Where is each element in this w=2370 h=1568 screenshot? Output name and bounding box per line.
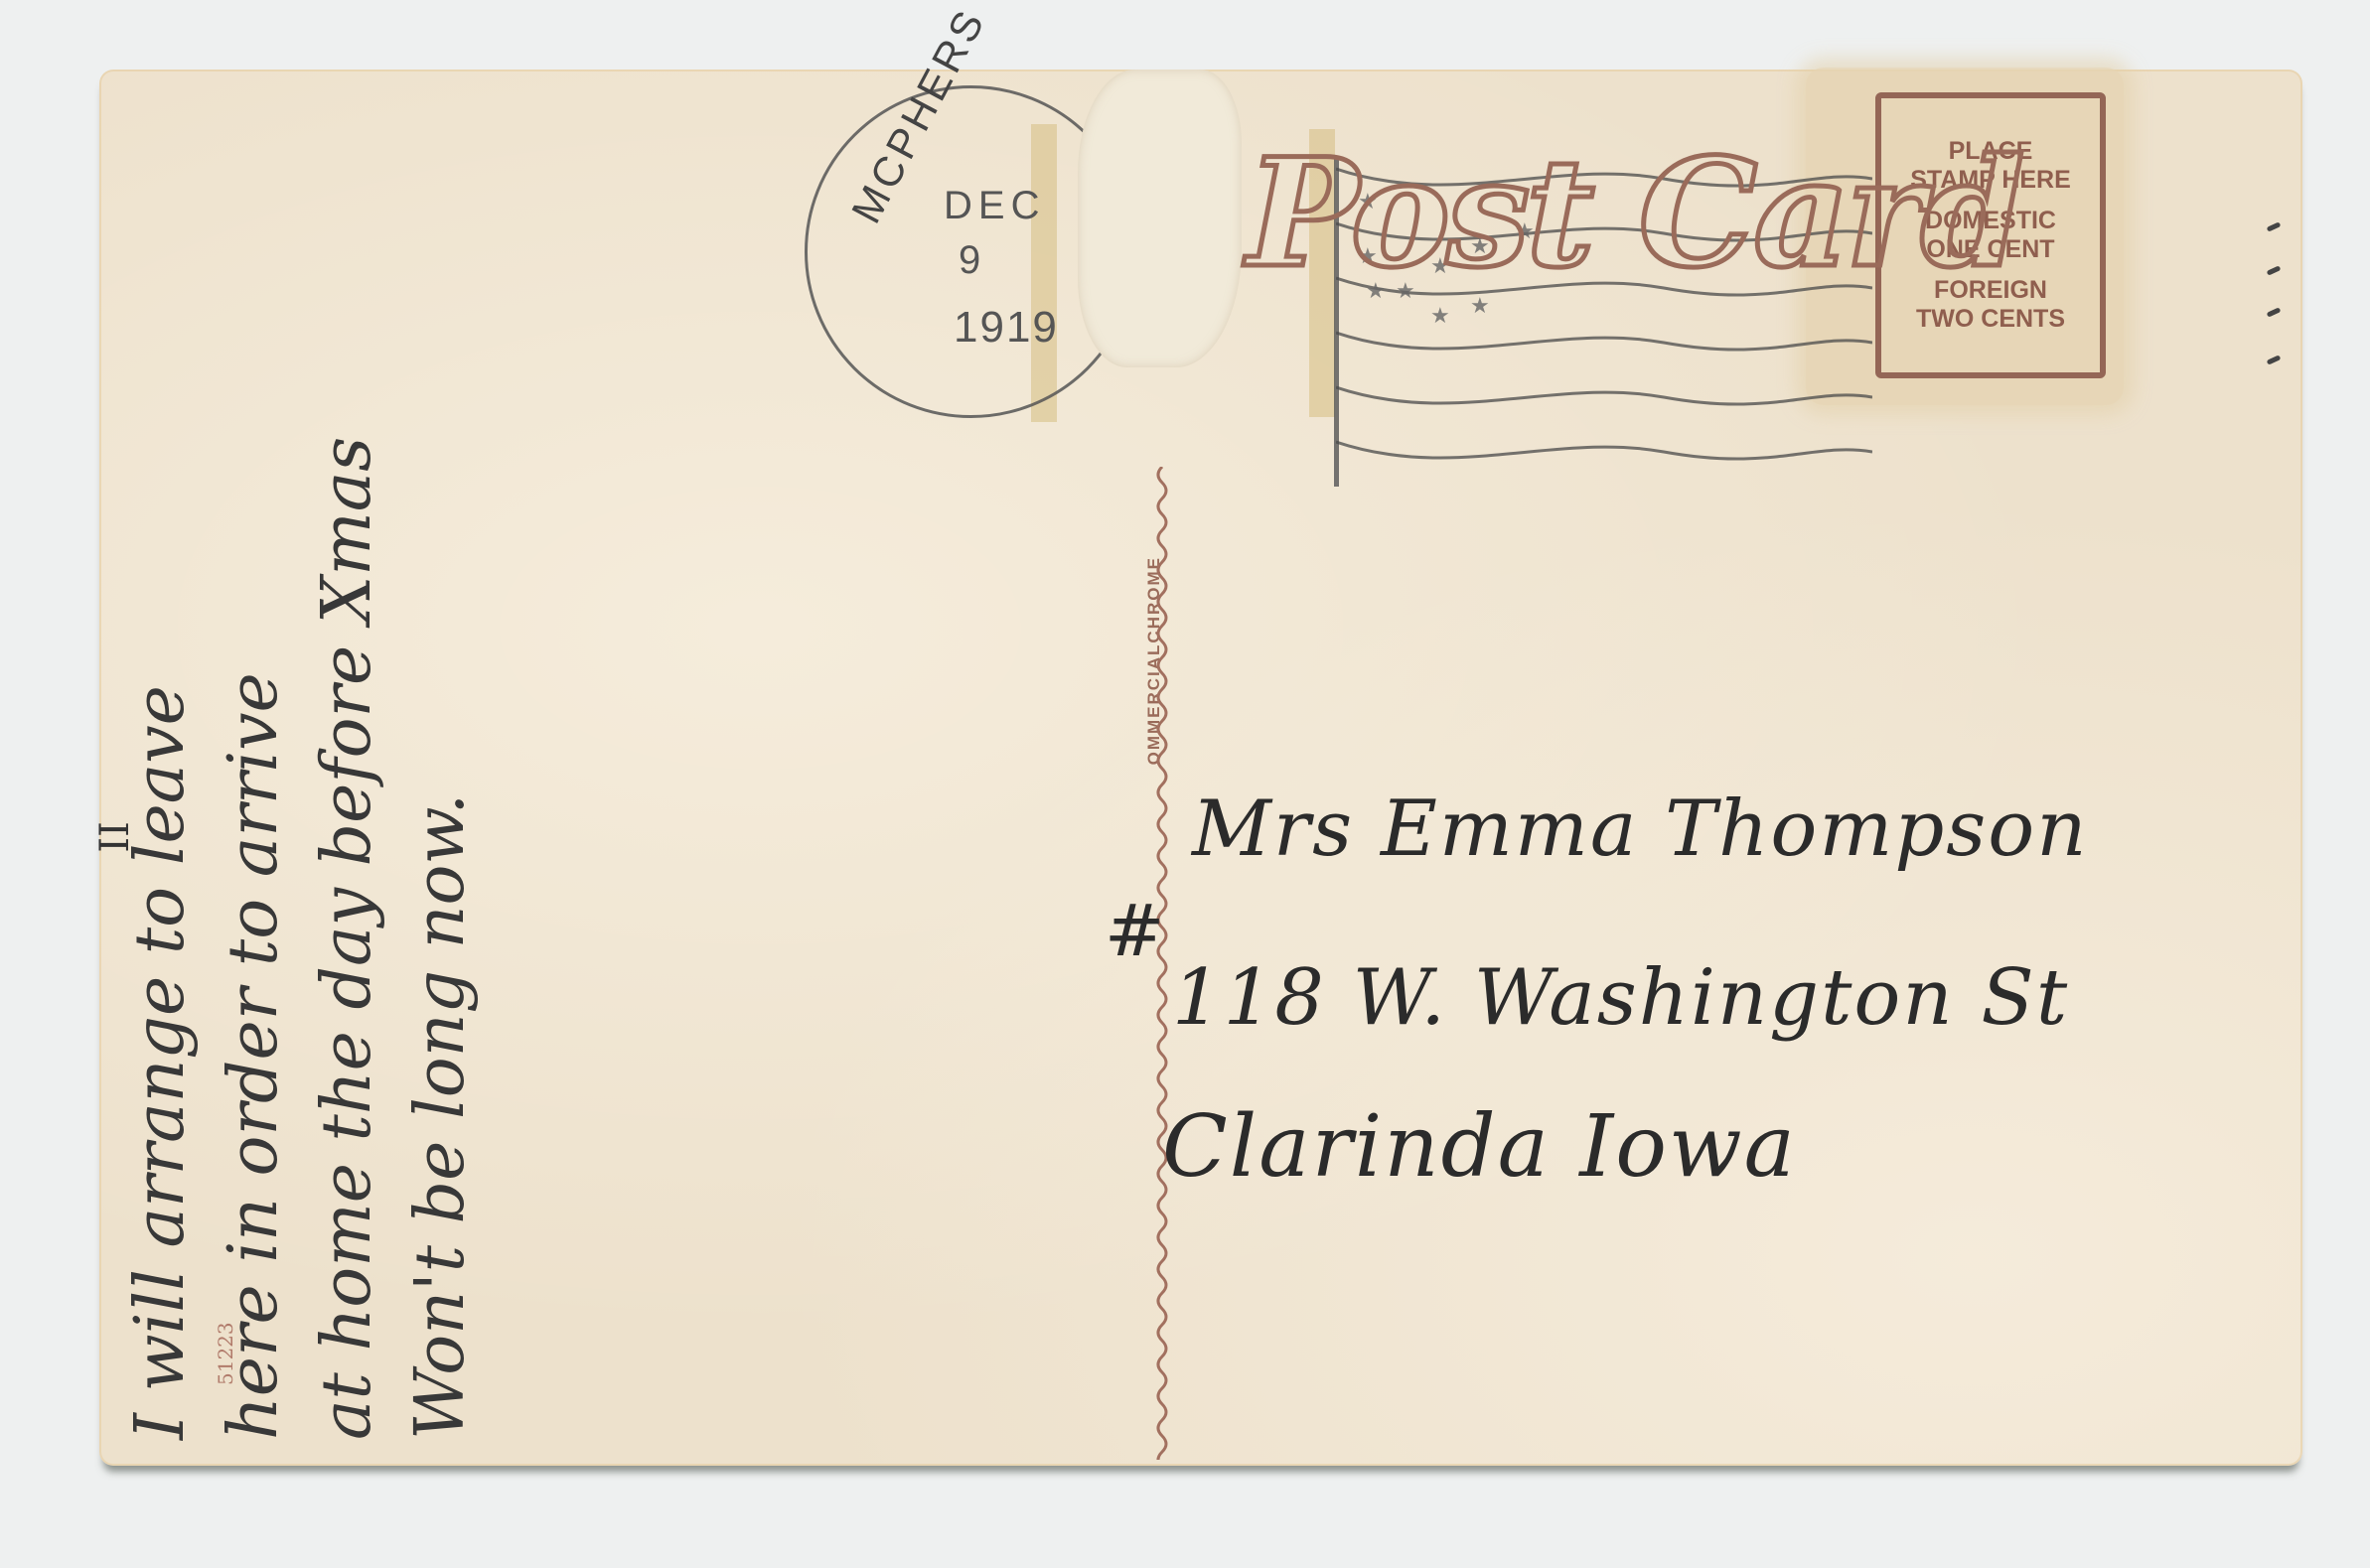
torn-paper-area <box>1078 70 1242 367</box>
handwritten-message: I will arrange to leave here in order to… <box>114 89 488 1440</box>
postmark-day: 9 <box>959 238 980 283</box>
message-line: at home the day before Xmas <box>301 89 394 1440</box>
message-line: I will arrange to leave <box>114 89 208 1440</box>
recipient-name: Mrs Emma Thompson <box>1192 784 2088 874</box>
recipient-street: 118 W. Washington St <box>1172 953 2069 1043</box>
post-card-title: Post Card <box>1247 139 2020 288</box>
stamp-line: TWO CENTS <box>1916 305 2065 334</box>
number-mark: # <box>1105 889 1164 972</box>
svg-text:★: ★ <box>1430 303 1450 328</box>
serial-number: 51223 <box>214 1322 237 1385</box>
postmark-year: 1919 <box>954 303 1059 353</box>
message-line: Won't be long now. <box>394 89 488 1440</box>
postmark-month: DEC <box>944 184 1045 228</box>
recipient-city-state: Clarinda Iowa <box>1162 1097 1797 1197</box>
message-line: here in order to arrive <box>208 89 301 1440</box>
